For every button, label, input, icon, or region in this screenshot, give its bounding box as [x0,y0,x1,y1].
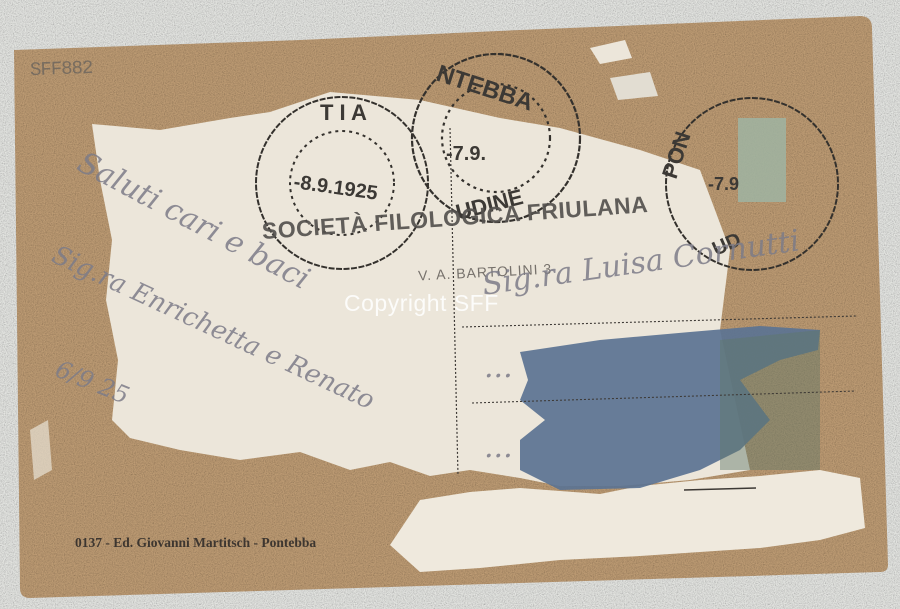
postcard-back: -8.9.1925 T I A NTEBBA -7.9. UDINE PON -… [0,0,900,609]
svg-text:-7.9: -7.9 [708,174,739,194]
svg-text:T I A: T I A [320,100,367,125]
publisher-line: 0137 - Ed. Giovanni Martitsch - Pontebba [75,535,316,551]
handwriting-address-line: ... [484,350,513,385]
handwriting-address-line: ... [484,430,513,465]
postage-stamp-remnant [738,118,786,202]
copyright-watermark: Copyright SFF [344,290,499,317]
catalog-number: SFF882 [30,57,93,81]
svg-text:-7.9.: -7.9. [446,143,486,165]
